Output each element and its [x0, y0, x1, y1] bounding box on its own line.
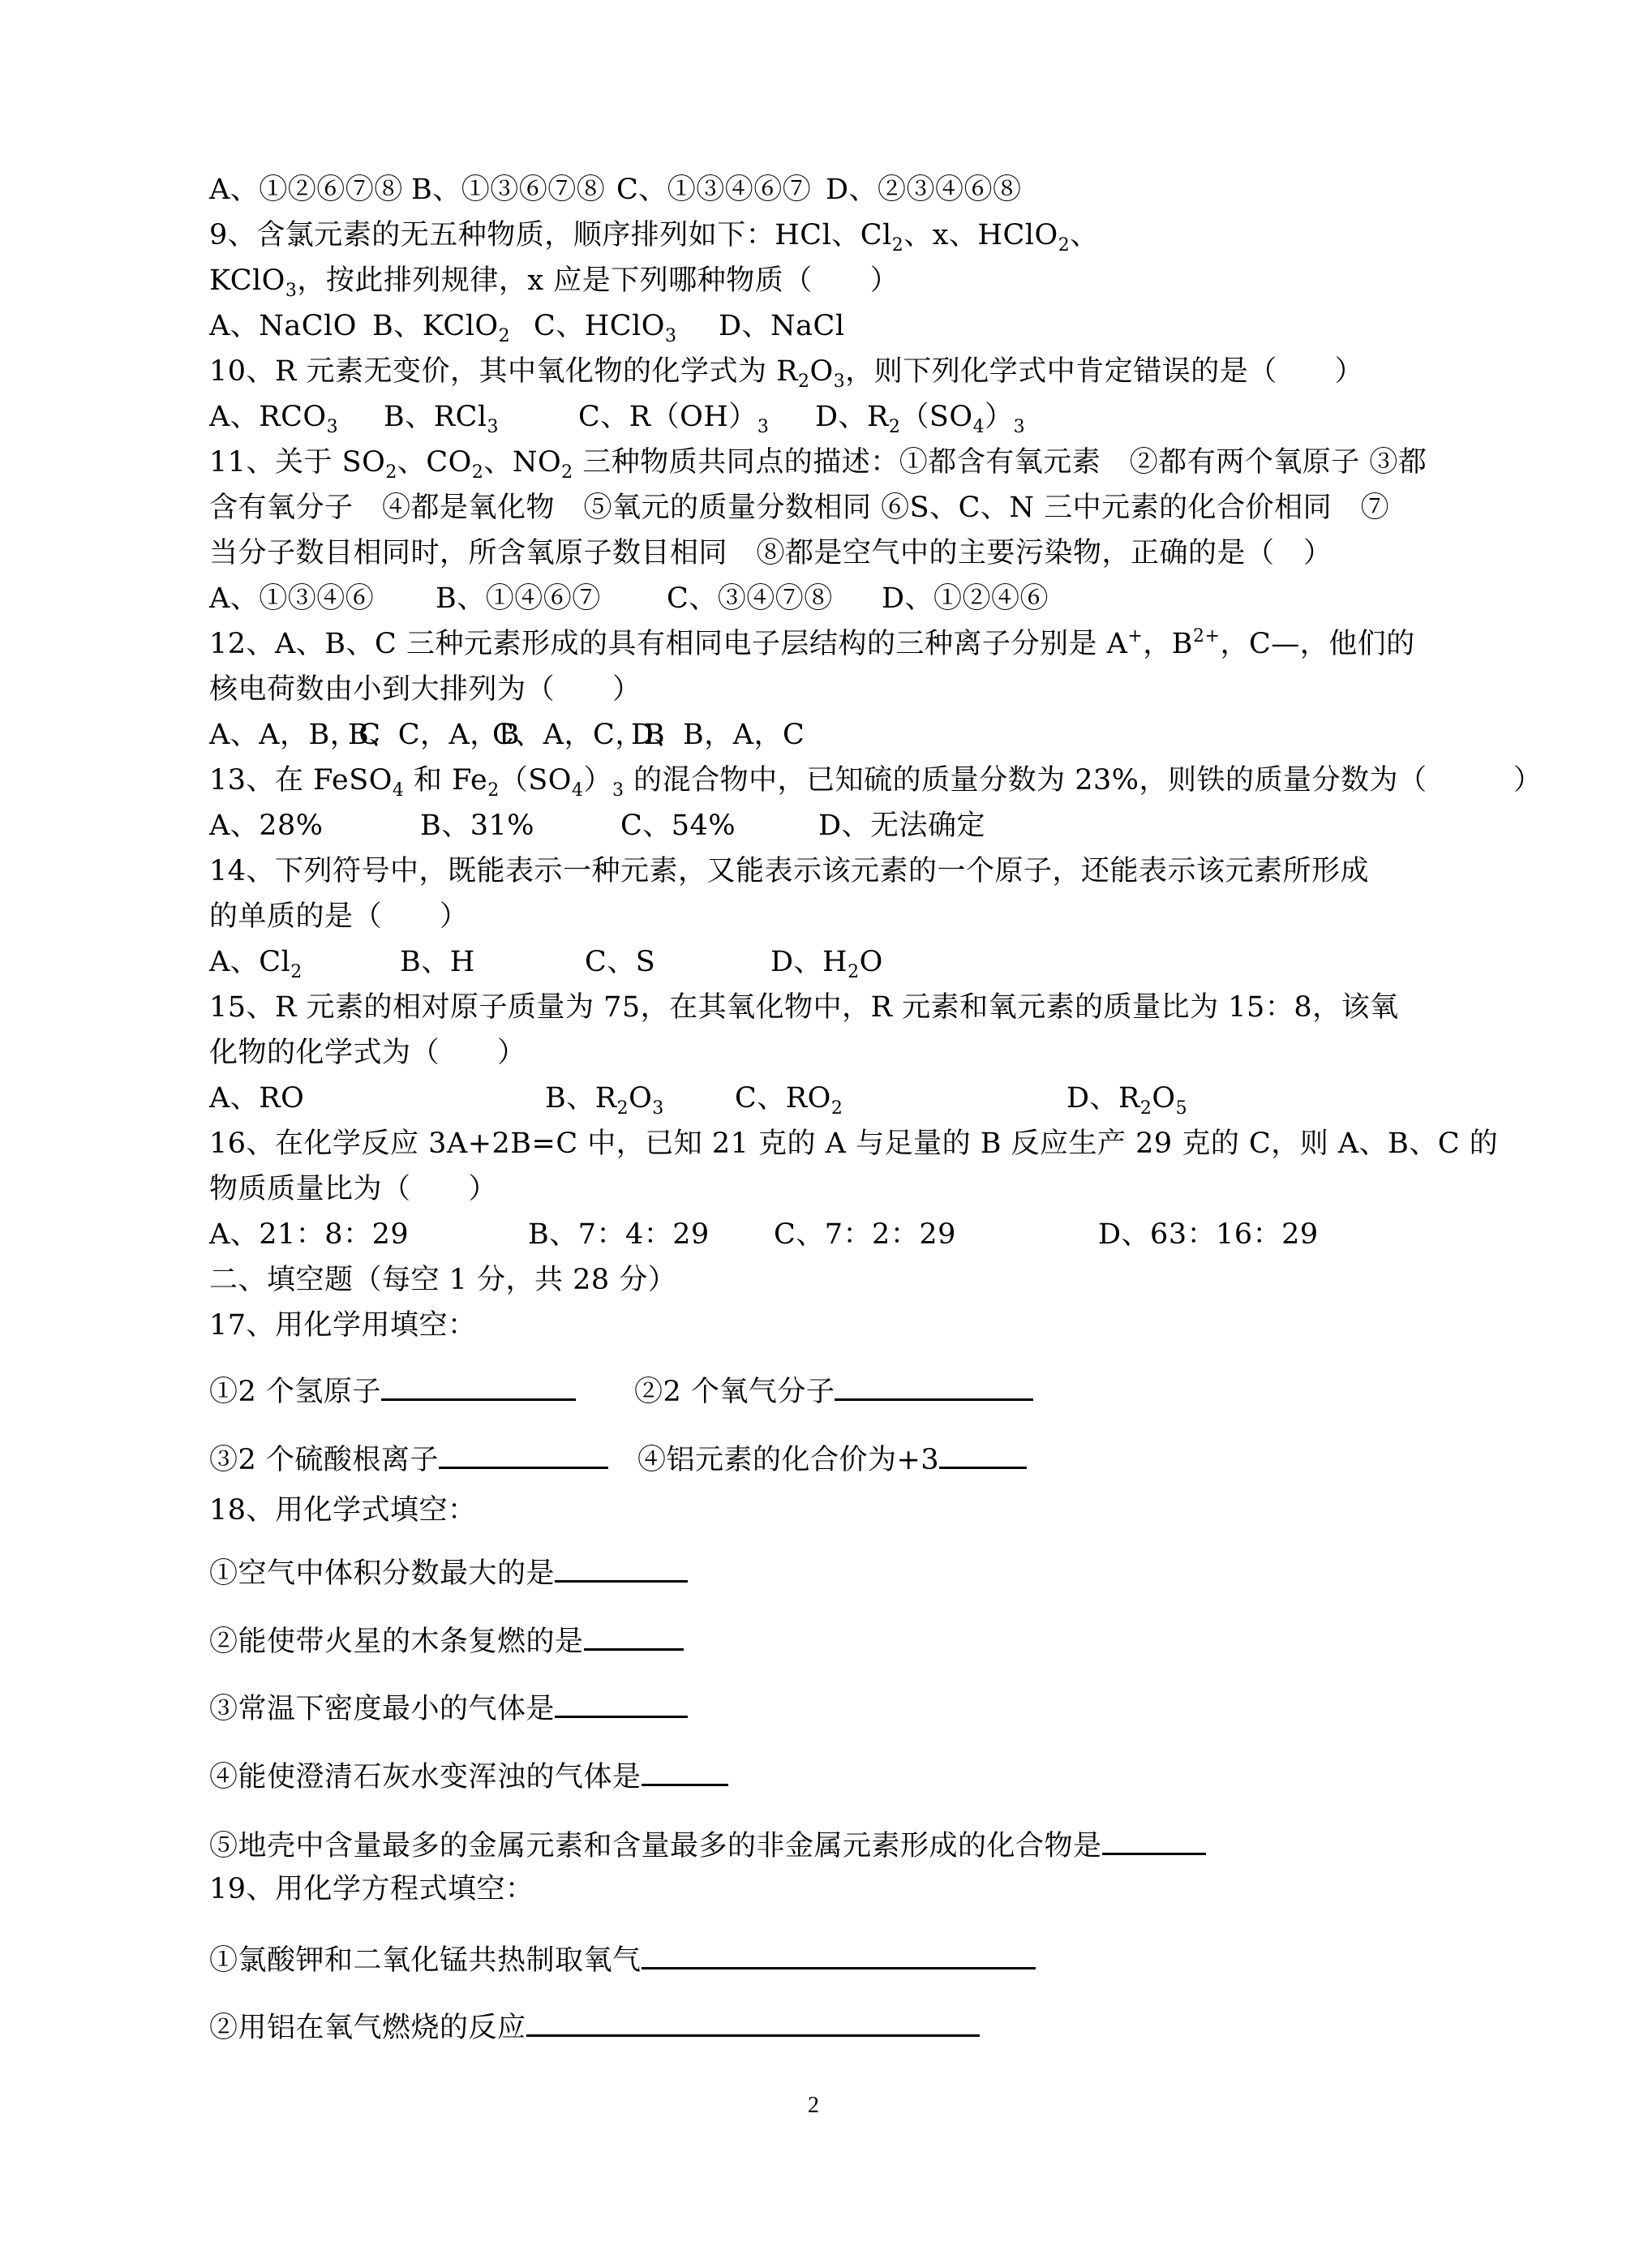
- text-line: A、Cl2B、HC、SD、H2O: [209, 944, 1474, 980]
- text-line: 当分子数目相同时，所含氧原子数目相同 ⑧都是空气中的主要污染物，正确的是（ ）: [209, 535, 1474, 571]
- text-run: ①空气中体积分数最大的是: [209, 1557, 555, 1590]
- text-run: A、Cl: [209, 946, 290, 978]
- text-line: A、ROB、R2O3C、RO2D、R2O5: [209, 1080, 1474, 1116]
- text-line: A、A，B，CB、C，A，BC、A，C，BD、B，A，C: [209, 717, 1474, 753]
- text-run: 9、含氯元素的无五种物质，顺序排列如下：HCl、Cl: [209, 219, 892, 251]
- text-line: 14、下列符号中，既能表示一种元素，又能表示该元素的一个原子，还能表示该元素所形…: [209, 853, 1474, 889]
- text-run: ⑤地壳中含量最多的金属元素和含量最多的非金属元素形成的化合物是: [209, 1830, 1102, 1862]
- text-run: KClO: [209, 264, 285, 297]
- line-text: 的单质的是（ ）: [209, 899, 469, 934]
- superscript: +: [1127, 626, 1143, 646]
- text-run: 15、R 元素的相对原子质量为 75，在其氧化物中，R 元素和氧元素的质量比为 …: [209, 991, 1399, 1024]
- text-run: 、: [1070, 219, 1099, 251]
- option-item: A、Cl2: [209, 944, 303, 980]
- option-item: C、③④⑦⑧: [667, 581, 833, 616]
- option-item: A、①③④⑥: [209, 581, 374, 616]
- option-item: D、R2O5: [1066, 1080, 1187, 1116]
- subscript: 2: [472, 462, 484, 483]
- option-item: A、RCO3: [209, 399, 338, 435]
- line-text: 物质质量比为（ ）: [209, 1171, 497, 1207]
- line-text: 18、用化学式填空：: [209, 1493, 477, 1528]
- line-text: 11、关于 SO2、CO2、NO2 三种物质共同点的描述：①都含有氧元素 ②都有…: [209, 445, 1427, 480]
- text-line: ③常温下密度最小的气体是: [209, 1688, 1474, 1724]
- text-run: ）: [583, 764, 612, 797]
- option-item: C、S: [585, 944, 655, 980]
- option-item: ③2 个硫酸根离子: [209, 1439, 608, 1478]
- text-line: 13、在 FeSO4 和 Fe2（SO4）3 的混合物中，已知硫的质量分数为 2…: [209, 762, 1474, 798]
- text-run: 16、在化学反应 3A+2B=C 中，已知 21 克的 A 与足量的 B 反应生…: [209, 1128, 1498, 1160]
- subscript: 3: [652, 1098, 664, 1119]
- subscript: 3: [757, 417, 770, 437]
- text-line: ①氯酸钾和二氧化锰共热制取氧气: [209, 1939, 1474, 1975]
- option-item: D、②③④⑥⑧: [826, 172, 1022, 208]
- text-run: C、R（OH）: [578, 401, 757, 433]
- text-run: A、28%: [209, 810, 324, 842]
- text-run: 二、填空题（每空 1 分，共 28 分）: [209, 1264, 676, 1296]
- text-run: A、NaClO: [209, 310, 357, 342]
- option-item: A、①②⑥⑦⑧: [209, 172, 403, 208]
- text-run: B、KClO: [372, 310, 499, 342]
- text-run: 的单质的是（ ）: [209, 900, 469, 933]
- text-run: 、NO: [483, 446, 561, 479]
- text-line: A、①②⑥⑦⑧B、①③⑥⑦⑧C、①③④⑥⑦D、②③④⑥⑧: [209, 172, 1474, 208]
- text-run: ①氯酸钾和二氧化锰共热制取氧气: [209, 1944, 642, 1977]
- text-line: A、28%B、31%C、54%D、无法确定: [209, 808, 1474, 844]
- text-line: ②能使带火星的木条复燃的是: [209, 1621, 1474, 1656]
- line-text: 16、在化学反应 3A+2B=C 中，已知 21 克的 A 与足量的 B 反应生…: [209, 1126, 1498, 1162]
- text-run: A、RO: [209, 1082, 304, 1115]
- text-run: D、H: [770, 946, 848, 978]
- subscript: 5: [1176, 1098, 1188, 1119]
- option-item: D、R2（SO4）3: [815, 399, 1025, 435]
- text-line: 17、用化学用填空：: [209, 1308, 1474, 1343]
- subscript: 3: [487, 417, 500, 437]
- text-run: A、①②⑥⑦⑧: [209, 174, 403, 206]
- line-text: 当分子数目相同时，所含氧原子数目相同 ⑧都是空气中的主要污染物，正确的是（ ）: [209, 535, 1332, 571]
- option-item: A、RO: [209, 1080, 304, 1116]
- line-text: ②用铝在氧气燃烧的反应: [209, 2007, 980, 2046]
- option-item: A、21：8：29: [209, 1217, 409, 1252]
- answer-blank[interactable]: [642, 1939, 1036, 1969]
- text-run: 12、A、B、C 三种元素形成的具有相同电子层结构的三种离子分别是 A: [209, 628, 1127, 660]
- subscript: 4: [572, 780, 584, 801]
- option-item: C、HClO3: [534, 308, 676, 344]
- answer-blank[interactable]: [939, 1439, 1027, 1469]
- option-item: D、无法确定: [818, 808, 985, 844]
- option-item: B、H: [400, 944, 475, 980]
- subscript: 3: [612, 780, 624, 801]
- answer-blank[interactable]: [835, 1371, 1033, 1401]
- text-line: ④能使澄清石灰水变浑浊的气体是: [209, 1756, 1474, 1792]
- text-run: B、R: [545, 1082, 617, 1115]
- text-run: ，B: [1143, 628, 1193, 660]
- line-text: 17、用化学用填空：: [209, 1308, 477, 1343]
- line-text: ①氯酸钾和二氧化锰共热制取氧气: [209, 1939, 1036, 1978]
- text-run: ④能使澄清石灰水变浑浊的气体是: [209, 1761, 642, 1793]
- subscript: 2: [831, 1098, 843, 1119]
- text-line: 10、R 元素无变价，其中氧化物的化学式为 R2O3，则下列化学式中肯定错误的是…: [209, 354, 1474, 389]
- text-run: D、无法确定: [818, 810, 985, 842]
- text-line: 化物的化学式为（ ）: [209, 1035, 1474, 1071]
- subscript: 2: [892, 235, 904, 256]
- text-run: C、③④⑦⑧: [667, 582, 833, 615]
- text-run: 19、用化学方程式填空：: [209, 1873, 534, 1905]
- text-line: ⑤地壳中含量最多的金属元素和含量最多的非金属元素形成的化合物是: [209, 1825, 1474, 1861]
- text-run: O: [1152, 1082, 1175, 1115]
- text-run: D、B，A，C: [631, 719, 805, 751]
- answer-blank[interactable]: [555, 1688, 688, 1718]
- line-text: 14、下列符号中，既能表示一种元素，又能表示该元素的一个原子，还能表示该元素所形…: [209, 853, 1369, 889]
- subscript: 3: [834, 372, 846, 392]
- option-item: D、NaCl: [719, 308, 845, 344]
- line-text: 9、含氯元素的无五种物质，顺序排列如下：HCl、Cl2、x、HClO2、: [209, 217, 1099, 253]
- text-line: 的单质的是（ ）: [209, 899, 1474, 934]
- line-text: 二、填空题（每空 1 分，共 28 分）: [209, 1262, 676, 1298]
- line-text: ④能使澄清石灰水变浑浊的气体是: [209, 1756, 728, 1795]
- text-run: ②用铝在氧气燃烧的反应: [209, 2012, 526, 2044]
- text-run: D、63：16：29: [1098, 1218, 1319, 1251]
- option-item: D、H2O: [770, 944, 883, 980]
- subscript: 2: [385, 462, 397, 483]
- line-text: KClO3，按此排列规律，x 应是下列哪种物质（ ）: [209, 263, 899, 299]
- text-run: C、54%: [620, 810, 736, 842]
- text-line: A、①③④⑥B、①④⑥⑦C、③④⑦⑧D、①②④⑥: [209, 581, 1474, 616]
- text-run: ③2 个硫酸根离子: [209, 1444, 439, 1476]
- option-item: B、①④⑥⑦: [436, 581, 601, 616]
- text-line: 二、填空题（每空 1 分，共 28 分）: [209, 1262, 1474, 1298]
- answer-blank[interactable]: [555, 1553, 688, 1583]
- text-run: 、CO: [397, 446, 472, 479]
- option-item: B、KClO2: [372, 308, 510, 344]
- text-run: A、21：8：29: [209, 1218, 409, 1251]
- text-run: 18、用化学式填空：: [209, 1494, 477, 1527]
- text-run: 11、关于 SO: [209, 446, 385, 479]
- text-line: 15、R 元素的相对原子质量为 75，在其氧化物中，R 元素和氧元素的质量比为 …: [209, 990, 1474, 1025]
- answer-blank[interactable]: [642, 1756, 728, 1786]
- text-run: 三种物质共同点的描述：①都含有氧元素 ②都有两个氧原子 ③都: [573, 446, 1427, 479]
- line-text: 10、R 元素无变价，其中氧化物的化学式为 R2O3，则下列化学式中肯定错误的是…: [209, 354, 1363, 389]
- subscript: 2: [798, 372, 810, 392]
- option-item: B、RCl3: [384, 399, 499, 435]
- text-run: 当分子数目相同时，所含氧原子数目相同 ⑧都是空气中的主要污染物，正确的是（ ）: [209, 537, 1332, 569]
- text-run: ②能使带火星的木条复燃的是: [209, 1626, 584, 1658]
- text-line: 12、A、B、C 三种元素形成的具有相同电子层结构的三种离子分别是 A+，B2+…: [209, 626, 1474, 662]
- subscript: 4: [393, 780, 405, 801]
- option-item: D、63：16：29: [1098, 1217, 1319, 1252]
- text-run: ③常温下密度最小的气体是: [209, 1693, 555, 1725]
- text-run: ①2 个氢原子: [209, 1376, 381, 1408]
- text-run: ，按此排列规律，x 应是下列哪种物质（ ）: [297, 264, 899, 297]
- text-run: O: [810, 355, 834, 388]
- answer-blank[interactable]: [381, 1371, 576, 1401]
- text-line: A、NaClOB、KClO2C、HClO3D、NaCl: [209, 308, 1474, 344]
- option-item: ①2 个氢原子: [209, 1371, 576, 1410]
- answer-blank[interactable]: [439, 1439, 608, 1469]
- text-run: （SO: [500, 764, 572, 797]
- text-run: D、②③④⑥⑧: [826, 174, 1022, 206]
- subscript: 3: [285, 281, 298, 301]
- text-run: D、①②④⑥: [882, 582, 1049, 615]
- line-text: ③常温下密度最小的气体是: [209, 1688, 688, 1727]
- subscript: 2: [848, 962, 860, 982]
- text-run: A、RCO: [209, 401, 327, 433]
- text-line: ①2 个氢原子②2 个氧气分子: [209, 1371, 1474, 1407]
- subscript: 2: [1058, 235, 1071, 256]
- text-run: 核电荷数由小到大排列为（ ）: [209, 673, 642, 706]
- text-line: ②用铝在氧气燃烧的反应: [209, 2007, 1474, 2042]
- text-run: 化物的化学式为（ ）: [209, 1037, 526, 1069]
- line-text: 12、A、B、C 三种元素形成的具有相同电子层结构的三种离子分别是 A+，B2+…: [209, 626, 1415, 662]
- document-page: A、①②⑥⑦⑧B、①③⑥⑦⑧C、①③④⑥⑦D、②③④⑥⑧9、含氯元素的无五种物质…: [0, 0, 1635, 2268]
- text-line: 9、含氯元素的无五种物质，顺序排列如下：HCl、Cl2、x、HClO2、: [209, 217, 1474, 253]
- line-text: ②能使带火星的木条复燃的是: [209, 1621, 684, 1660]
- text-line: A、21：8：29B、7：4：29C、7：2：29D、63：16：29: [209, 1217, 1474, 1252]
- text-run: B、31%: [420, 810, 534, 842]
- text-run: C、HClO: [534, 310, 665, 342]
- subscript: 2: [499, 326, 511, 346]
- option-item: C、7：2：29: [774, 1217, 956, 1252]
- text-run: C、①③④⑥⑦: [616, 174, 811, 206]
- text-run: B、RCl: [384, 401, 487, 433]
- text-run: 17、用化学用填空：: [209, 1309, 477, 1342]
- text-run: A、①③④⑥: [209, 582, 374, 615]
- text-run: ④铝元素的化合价为+3: [637, 1444, 939, 1476]
- answer-blank[interactable]: [526, 2007, 980, 2037]
- option-item: A、28%: [209, 808, 324, 844]
- text-run: ）: [985, 401, 1014, 433]
- answer-blank[interactable]: [584, 1621, 684, 1651]
- text-run: B、7：4：29: [528, 1218, 710, 1251]
- text-run: O: [629, 1082, 652, 1115]
- option-item: C、①③④⑥⑦: [616, 172, 811, 208]
- line-text: ①空气中体积分数最大的是: [209, 1553, 688, 1591]
- text-run: ②2 个氧气分子: [634, 1376, 835, 1408]
- option-item: B、31%: [420, 808, 534, 844]
- text-line: ①空气中体积分数最大的是: [209, 1553, 1474, 1588]
- option-item: C、54%: [620, 808, 736, 844]
- text-run: C、S: [585, 946, 655, 978]
- option-item: ②2 个氧气分子: [634, 1371, 1033, 1410]
- text-line: 11、关于 SO2、CO2、NO2 三种物质共同点的描述：①都含有氧元素 ②都有…: [209, 445, 1474, 480]
- subscript: 4: [973, 417, 985, 437]
- text-line: ③2 个硫酸根离子④铝元素的化合价为+3: [209, 1439, 1474, 1475]
- text-run: （SO: [900, 401, 972, 433]
- text-line: 16、在化学反应 3A+2B=C 中，已知 21 克的 A 与足量的 B 反应生…: [209, 1126, 1474, 1162]
- subscript: 2: [617, 1098, 629, 1119]
- superscript: 2+: [1193, 626, 1220, 646]
- option-item: C、R（OH）3: [578, 399, 769, 435]
- text-run: 物质质量比为（ ）: [209, 1173, 497, 1205]
- text-run: O: [860, 946, 883, 978]
- option-item: B、①③⑥⑦⑧: [411, 172, 605, 208]
- text-line: 物质质量比为（ ）: [209, 1171, 1474, 1207]
- page-number: 2: [808, 2093, 819, 2119]
- text-line: 核电荷数由小到大排列为（ ）: [209, 672, 1474, 707]
- text-run: D、R: [1066, 1082, 1140, 1115]
- subscript: 2: [889, 417, 901, 437]
- subscript: 2: [1140, 1098, 1152, 1119]
- line-text: 含有氧分子 ④都是氧化物 ⑤氧元的质量分数相同 ⑥S、C、N 三中元素的化合价相…: [209, 490, 1389, 526]
- text-run: ，C—，他们的: [1220, 628, 1414, 660]
- text-run: 和 Fe: [404, 764, 487, 797]
- line-text: 核电荷数由小到大排列为（ ）: [209, 672, 642, 707]
- option-item: ④铝元素的化合价为+3: [637, 1439, 1027, 1478]
- line-text: 19、用化学方程式填空：: [209, 1871, 534, 1907]
- text-run: B、①③⑥⑦⑧: [411, 174, 605, 206]
- option-item: A、NaClO: [209, 308, 357, 344]
- option-item: B、R2O3: [545, 1080, 664, 1116]
- text-run: C、7：2：29: [774, 1218, 956, 1251]
- text-run: 14、下列符号中，既能表示一种元素，又能表示该元素的一个原子，还能表示该元素所形…: [209, 855, 1369, 887]
- option-item: D、B，A，C: [631, 717, 805, 753]
- text-run: 的混合物中，已知硫的质量分数为 23%，则铁的质量分数为（ ）: [624, 764, 1542, 797]
- text-line: 含有氧分子 ④都是氧化物 ⑤氧元的质量分数相同 ⑥S、C、N 三中元素的化合价相…: [209, 490, 1474, 526]
- line-text: ⑤地壳中含量最多的金属元素和含量最多的非金属元素形成的化合物是: [209, 1825, 1206, 1864]
- line-text: 15、R 元素的相对原子质量为 75，在其氧化物中，R 元素和氧元素的质量比为 …: [209, 990, 1399, 1025]
- text-run: C、RO: [735, 1082, 831, 1115]
- option-item: D、①②④⑥: [882, 581, 1049, 616]
- subscript: 2: [561, 462, 573, 483]
- text-run: 、x、HClO: [903, 219, 1058, 251]
- subscript: 2: [290, 962, 303, 982]
- subscript: 3: [1014, 417, 1026, 437]
- text-line: 18、用化学式填空：: [209, 1493, 1474, 1528]
- option-item: C、RO2: [735, 1080, 843, 1116]
- line-text: 13、在 FeSO4 和 Fe2（SO4）3 的混合物中，已知硫的质量分数为 2…: [209, 762, 1543, 798]
- option-item: B、7：4：29: [528, 1217, 710, 1252]
- subscript: 3: [665, 326, 677, 346]
- text-line: 19、用化学方程式填空：: [209, 1871, 1474, 1907]
- text-line: KClO3，按此排列规律，x 应是下列哪种物质（ ）: [209, 263, 1474, 299]
- text-run: 10、R 元素无变价，其中氧化物的化学式为 R: [209, 355, 798, 388]
- text-run: B、①④⑥⑦: [436, 582, 601, 615]
- subscript: 2: [487, 780, 500, 801]
- text-run: 13、在 FeSO: [209, 764, 393, 797]
- text-run: D、R: [815, 401, 889, 433]
- text-line: A、RCO3B、RCl3C、R（OH）3D、R2（SO4）3: [209, 399, 1474, 435]
- text-run: B、H: [400, 946, 475, 978]
- subscript: 3: [327, 417, 339, 437]
- text-run: D、NaCl: [719, 310, 845, 342]
- text-run: 含有氧分子 ④都是氧化物 ⑤氧元的质量分数相同 ⑥S、C、N 三中元素的化合价相…: [209, 492, 1389, 524]
- line-text: 化物的化学式为（ ）: [209, 1035, 526, 1071]
- text-run: ，则下列化学式中肯定错误的是（ ）: [845, 355, 1363, 388]
- answer-blank[interactable]: [1102, 1825, 1206, 1855]
